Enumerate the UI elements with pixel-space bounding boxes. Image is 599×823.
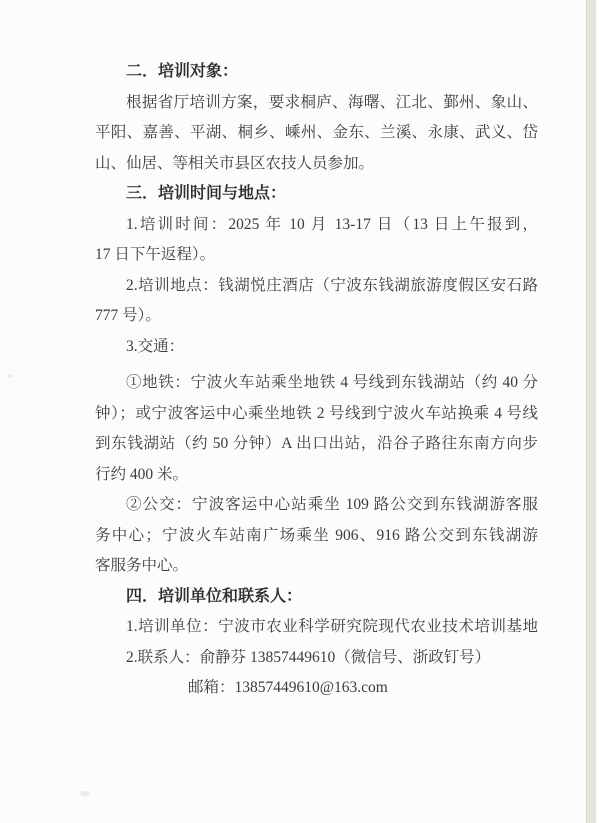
bus-direction-line: 务中心；宁波火车站南广场乘坐 906、916 路公交到东钱湖游 xyxy=(95,521,538,552)
bus-direction-line: ②公交：宁波客运中心站乘坐 109 路公交到东钱湖游客服 xyxy=(95,490,538,521)
document-page: 二．培训对象： 根据省厅培训方案，要求桐庐、海曙、江北、鄞州、象山、 平阳、嘉善… xyxy=(0,0,599,823)
section-heading-organizer-contact: 四．培训单位和联系人： xyxy=(95,582,538,613)
scan-artifact xyxy=(80,791,90,796)
scan-edge-strip xyxy=(586,0,596,823)
contact-email-line: 邮箱：13857449610@163.com xyxy=(95,673,538,704)
bus-direction-line: 客服务中心。 xyxy=(95,551,538,582)
training-time-line: 17 日下午返程）。 xyxy=(95,240,538,271)
metro-direction-line: ①地铁：宁波火车站乘坐地铁 4 号线到东钱湖站（约 40 分 xyxy=(95,368,538,399)
training-time-line: 1.培训时间：2025 年 10 月 13-17 日（13 日上午报到， xyxy=(95,210,538,241)
section-heading-training-target: 二．培训对象： xyxy=(95,57,538,88)
paragraph-line: 山、仙居、等相关市县区农技人员参加。 xyxy=(95,149,538,180)
metro-direction-line: 行约 400 米。 xyxy=(95,460,538,491)
metro-direction-line: 钟）；或宁波客运中心乘坐地铁 2 号线到宁波火车站换乘 4 号线 xyxy=(95,399,538,430)
metro-direction-line: 到东钱湖站（约 50 分钟）A 出口出站，沿谷子路往东南方向步 xyxy=(95,429,538,460)
training-location-line: 2.培训地点：钱湖悦庄酒店（宁波东钱湖旅游度假区安石路 xyxy=(95,271,538,302)
paragraph-line: 平阳、嘉善、平湖、桐乡、嵊州、金东、兰溪、永康、武义、岱 xyxy=(95,118,538,149)
scan-artifact xyxy=(8,374,13,378)
paragraph-line: 根据省厅培训方案，要求桐庐、海曙、江北、鄞州、象山、 xyxy=(95,88,538,119)
contact-person-line: 2.联系人：俞静芬 13857449610（微信号、浙政钉号） xyxy=(95,643,538,674)
transport-heading-line: 3.交通： xyxy=(95,332,538,363)
section-heading-time-location: 三．培训时间与地点： xyxy=(95,179,538,210)
organizer-line: 1.培训单位：宁波市农业科学研究院现代农业技术培训基地 xyxy=(95,612,538,643)
training-location-line: 777 号）。 xyxy=(95,301,538,332)
document-text-block: 二．培训对象： 根据省厅培训方案，要求桐庐、海曙、江北、鄞州、象山、 平阳、嘉善… xyxy=(95,57,538,704)
